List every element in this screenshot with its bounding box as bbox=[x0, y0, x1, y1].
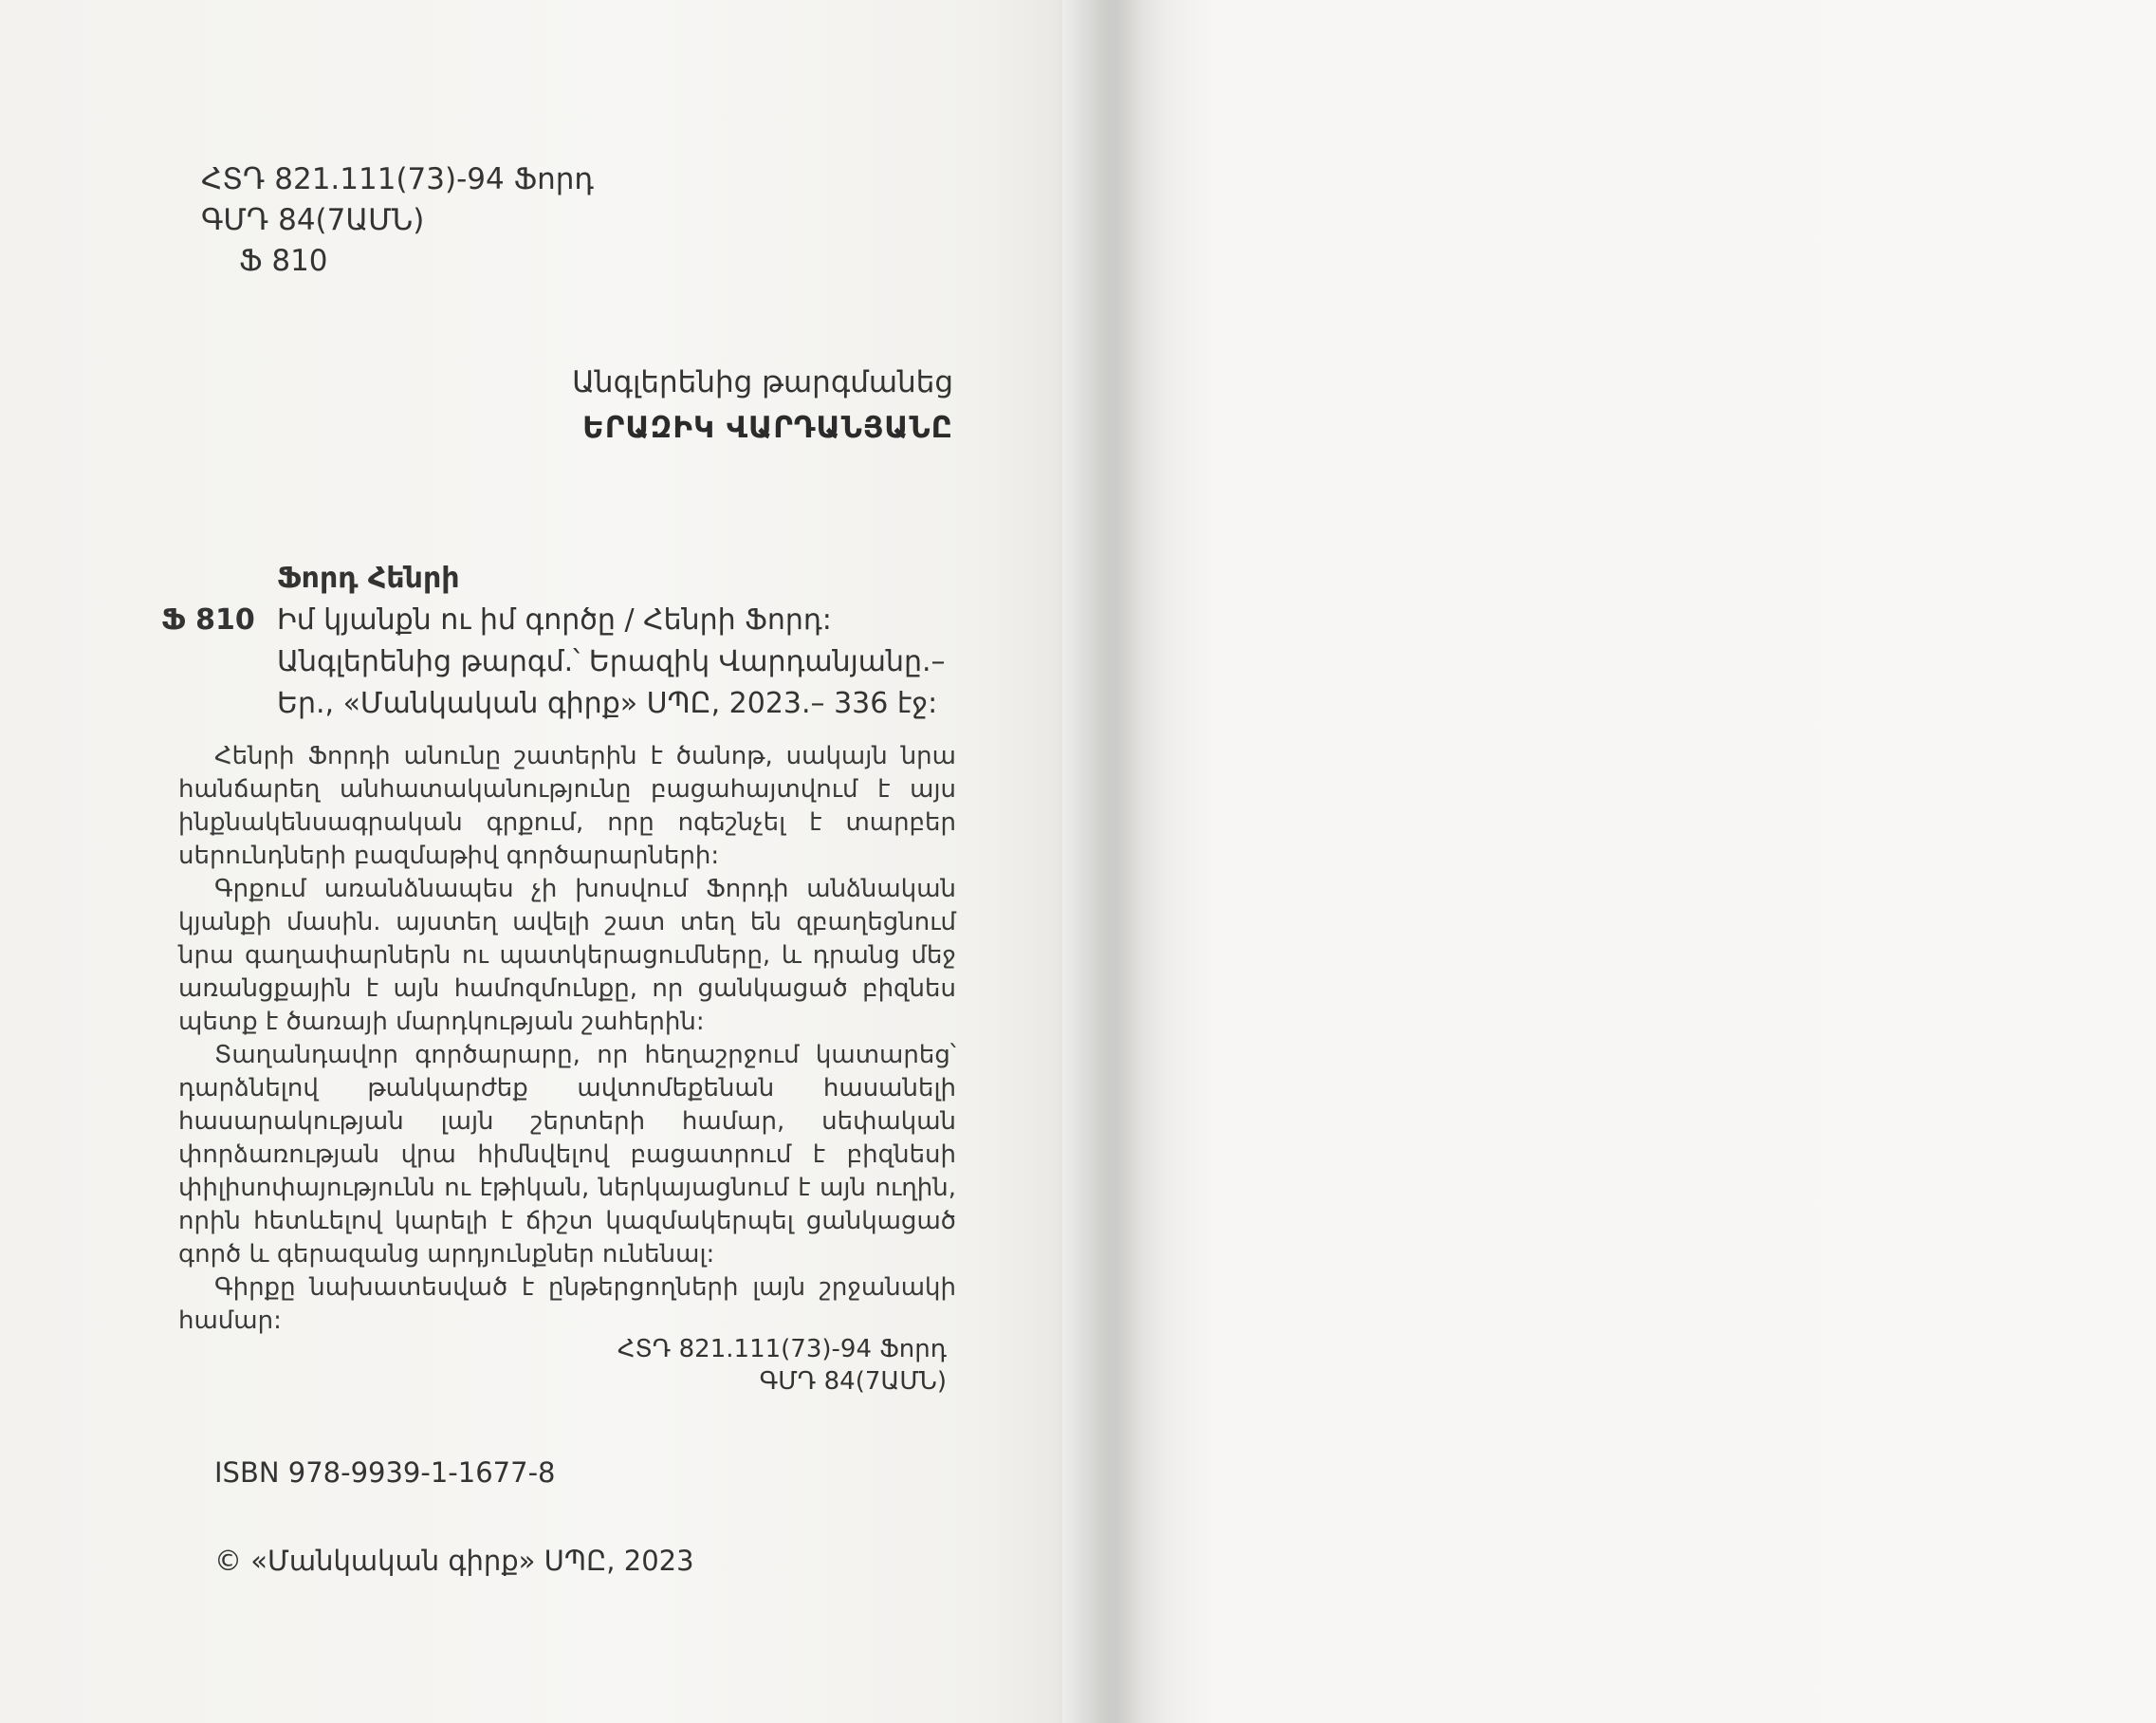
bbk-code: ԳՄԴ 84(7ԱՄՆ) bbox=[201, 200, 594, 241]
translator-label: Անգլերենից թարգմանեց bbox=[289, 365, 953, 399]
right-page-contents: ԲՈՎԱՆԴԱԿՈՒԹՅՈՒՆ ՆԵՐԱԾՈՒԹՅՈՒՆ.ԻՄ ՀԻՄՆԱԿԱՆ… bbox=[1062, 0, 2156, 1723]
bbk-code: ԳՄԴ 84(7ԱՄՆ) bbox=[617, 1365, 947, 1398]
abstract: Հենրի Ֆորդի անունը շատերին է ծանոթ, սակա… bbox=[178, 740, 956, 1338]
abstract-paragraph: Գիրքը նախատեսված է ընթերցողների լայն շրջ… bbox=[178, 1271, 956, 1338]
abstract-paragraph: Հենրի Ֆորդի անունը շատերին է ծանոթ, սակա… bbox=[178, 740, 956, 873]
translator-block: Անգլերենից թարգմանեց ԵՐԱԶԻԿ ՎԱՐԴԱՆՅԱՆԸ bbox=[289, 365, 953, 445]
catalog-author: Ֆորդ Հենրի bbox=[161, 558, 958, 600]
classification-codes-bottom: ՀՏԴ 821.111(73)-94 Ֆորդ ԳՄԴ 84(7ԱՄՆ) bbox=[617, 1333, 947, 1398]
abstract-paragraph: Տաղանդավոր գործարարը, որ հեղաշրջում կատա… bbox=[178, 1039, 956, 1271]
catalog-code: Ֆ 810 bbox=[161, 600, 277, 725]
udc-code: ՀՏԴ 821.111(73)-94 Ֆորդ bbox=[617, 1333, 947, 1365]
translator-name: ԵՐԱԶԻԿ ՎԱՐԴԱՆՅԱՆԸ bbox=[289, 411, 953, 445]
catalog-entry: Իմ կյանքն ու իմ գործը / Հենրի Ֆորդ: Անգլ… bbox=[277, 600, 958, 725]
classification-codes-top: ՀՏԴ 821.111(73)-94 Ֆորդ ԳՄԴ 84(7ԱՄՆ) Ֆ 8… bbox=[201, 159, 594, 282]
catalog-record: Ֆորդ Հենրի Ֆ 810 Իմ կյանքն ու իմ գործը /… bbox=[161, 558, 958, 725]
udc-code: ՀՏԴ 821.111(73)-94 Ֆորդ bbox=[201, 159, 594, 200]
isbn: ISBN 978-9939-1-1677-8 bbox=[214, 1456, 555, 1489]
author-mark: Ֆ 810 bbox=[201, 241, 594, 282]
copyright: © «Մանկական գիրք» ՍՊԸ, 2023 bbox=[214, 1545, 694, 1577]
book-spread: ՀՏԴ 821.111(73)-94 Ֆորդ ԳՄԴ 84(7ԱՄՆ) Ֆ 8… bbox=[0, 0, 2156, 1723]
abstract-paragraph: Գրքում առանձնապես չի խոսվում Ֆորդի անձնա… bbox=[178, 873, 956, 1039]
left-page-imprint: ՀՏԴ 821.111(73)-94 Ֆորդ ԳՄԴ 84(7ԱՄՆ) Ֆ 8… bbox=[0, 0, 1062, 1723]
